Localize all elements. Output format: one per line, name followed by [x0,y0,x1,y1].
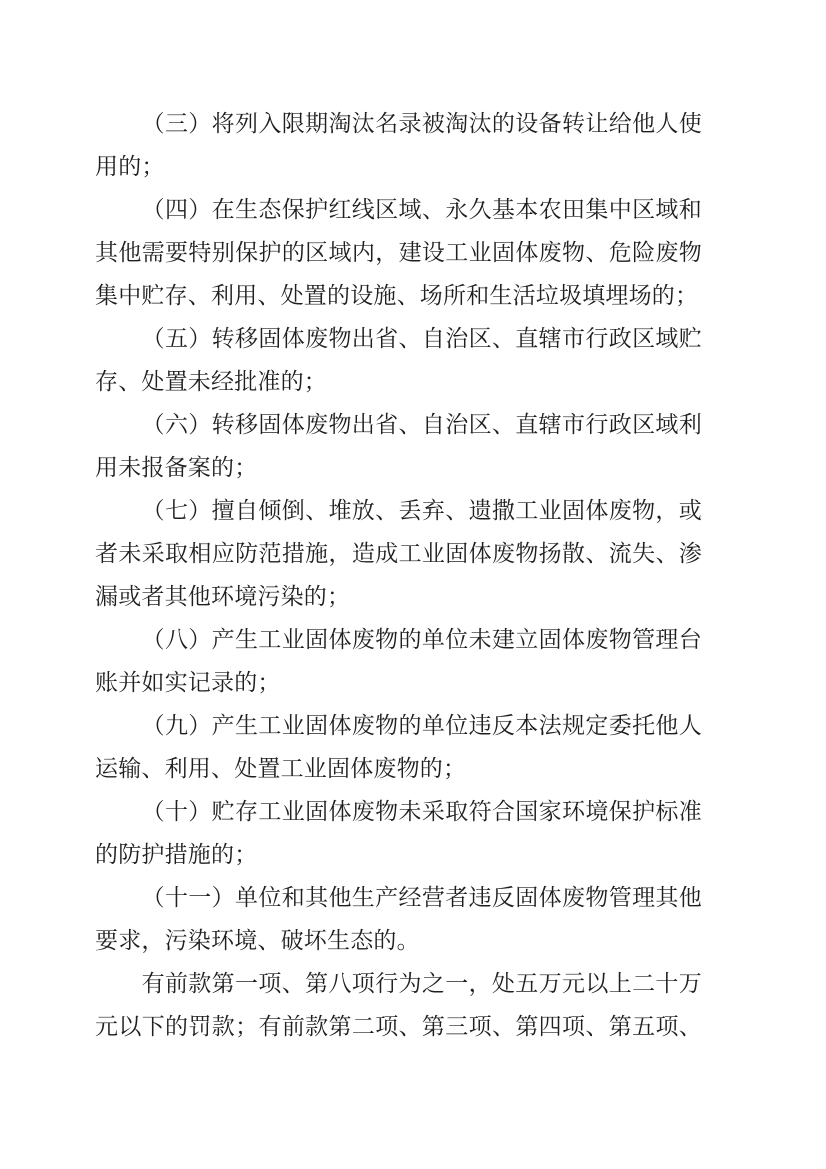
text-line: （九）产生工业固体废物的单位违反本法规定委托他人 [95,704,702,747]
text-line: （五）转移固体废物出省、自治区、直辖市行政区域贮 [95,317,702,360]
text-line: （八）产生工业固体废物的单位未建立固体废物管理台 [95,618,702,661]
text-line: （六）转移固体废物出省、自治区、直辖市行政区域利 [95,403,702,446]
text-line: 集中贮存、利用、处置的设施、场所和生活垃圾填埋场的； [95,274,702,317]
document-body: （三）将列入限期淘汰名录被淘汰的设备转让给他人使用的；（四）在生态保护红线区域、… [95,102,702,1048]
text-line: （十）贮存工业固体废物未采取符合国家环境保护标准 [95,790,702,833]
text-line: 用未报备案的； [95,446,702,489]
text-line: 要求，污染环境、破坏生态的。 [95,919,702,962]
text-line: 漏或者其他环境污染的； [95,575,702,618]
text-line: 有前款第一项、第八项行为之一，处五万元以上二十万 [95,962,702,1005]
document-page: （三）将列入限期淘汰名录被淘汰的设备转让给他人使用的；（四）在生态保护红线区域、… [0,0,826,1169]
text-line: 者未采取相应防范措施，造成工业固体废物扬散、流失、渗 [95,532,702,575]
text-line: （四）在生态保护红线区域、永久基本农田集中区域和 [95,188,702,231]
text-line: 元以下的罚款；有前款第二项、第三项、第四项、第五项、 [95,1005,702,1048]
text-line: 其他需要特别保护的区域内，建设工业固体废物、危险废物 [95,231,702,274]
text-line: 运输、利用、处置工业固体废物的； [95,747,702,790]
text-line: 的防护措施的； [95,833,702,876]
text-line: 存、处置未经批准的； [95,360,702,403]
text-line: （七）擅自倾倒、堆放、丢弃、遗撒工业固体废物，或 [95,489,702,532]
text-line: 账并如实记录的； [95,661,702,704]
text-line: 用的； [95,145,702,188]
text-line: （三）将列入限期淘汰名录被淘汰的设备转让给他人使 [95,102,702,145]
text-line: （十一）单位和其他生产经营者违反固体废物管理其他 [95,876,702,919]
